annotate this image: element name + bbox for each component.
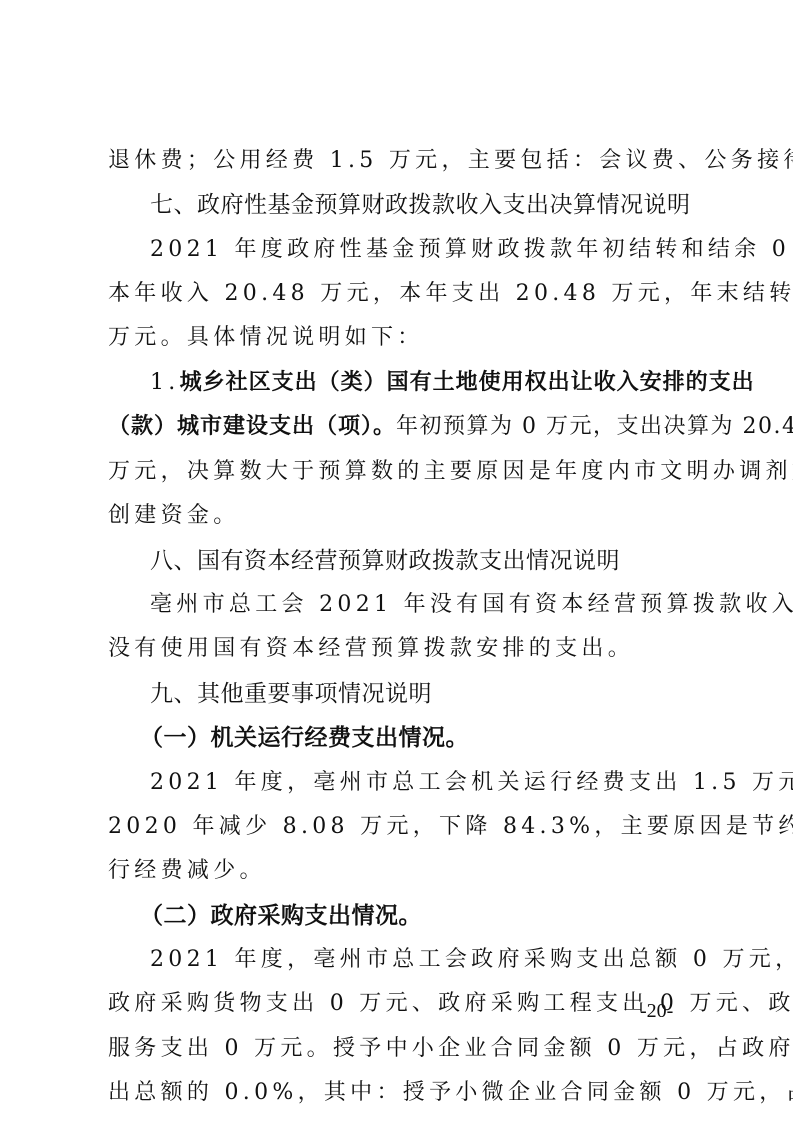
item-1-text: 年初预算为 0 万元，支出决算为 20.48 [396,414,793,439]
body-text-line: 本年收入 20.48 万元，本年支出 20.48 万元，年末结转和结余 0 [108,279,694,309]
body-text-line: 亳州市总工会 2021 年没有国有资本经营预算拨款收入，也 [150,590,694,620]
document-page: 退休费；公用经费 1.5 万元，主要包括：会议费、公务接待费。 七、政府性基金预… [0,0,793,1122]
body-text-line: 万元，决算数大于预算数的主要原因是年度内市文明办调剂文明 [108,457,694,487]
body-text-line: 服务支出 0 万元。授予中小企业合同金额 0 万元，占政府采购支 [108,1034,694,1064]
body-text-line: 万元。具体情况说明如下： [108,323,694,353]
item-1-continuation: （款）城市建设支出（项）。年初预算为 0 万元，支出决算为 20.48 [108,412,694,442]
item-1-bold-title-cont: （款）城市建设支出（项）。 [108,414,396,439]
subsection-heading-2: （二）政府采购支出情况。 [140,901,684,931]
body-text-line: 2021 年度，亳州市总工会机关运行经费支出 1.5 万元，比 [150,768,694,798]
body-text-line: 2021 年度，亳州市总工会政府采购支出总额 0 万元，其中： [150,945,694,975]
body-text-line: 创建资金。 [108,501,694,531]
body-text-line: 2020 年减少 8.08 万元，下降 84.3%，主要原因是节约开支，运 [108,812,694,842]
section-heading-7: 七、政府性基金预算财政拨款收入支出决算情况说明 [150,190,694,220]
item-1-title: 1.城乡社区支出（类）国有土地使用权出让收入安排的支出 [150,368,694,398]
body-text-line: 2021 年度政府性基金预算财政拨款年初结转和结余 0 万元， [150,235,694,265]
body-text-line: 出总额的 0.0%，其中：授予小微企业合同金额 0 万元，占授予中 [108,1078,694,1108]
item-1-bold-title: 城乡社区支出（类）国有土地使用权出让收入安排的支出 [180,370,755,395]
subsection-heading-1: （一）机关运行经费支出情况。 [140,723,684,753]
body-text-line: 政府采购货物支出 0 万元、政府采购工程支出 0 万元、政府采购 [108,989,694,1019]
item-number: 1. [150,370,180,395]
body-text-line: 没有使用国有资本经营预算拨款安排的支出。 [108,634,694,664]
body-text-line: 退休费；公用经费 1.5 万元，主要包括：会议费、公务接待费。 [108,146,694,176]
section-heading-8: 八、国有资本经营预算财政拨款支出情况说明 [150,546,694,576]
body-text-line: 行经费减少。 [108,856,694,886]
page-number: -20- [640,1000,673,1023]
section-heading-9: 九、其他重要事项情况说明 [150,679,694,709]
